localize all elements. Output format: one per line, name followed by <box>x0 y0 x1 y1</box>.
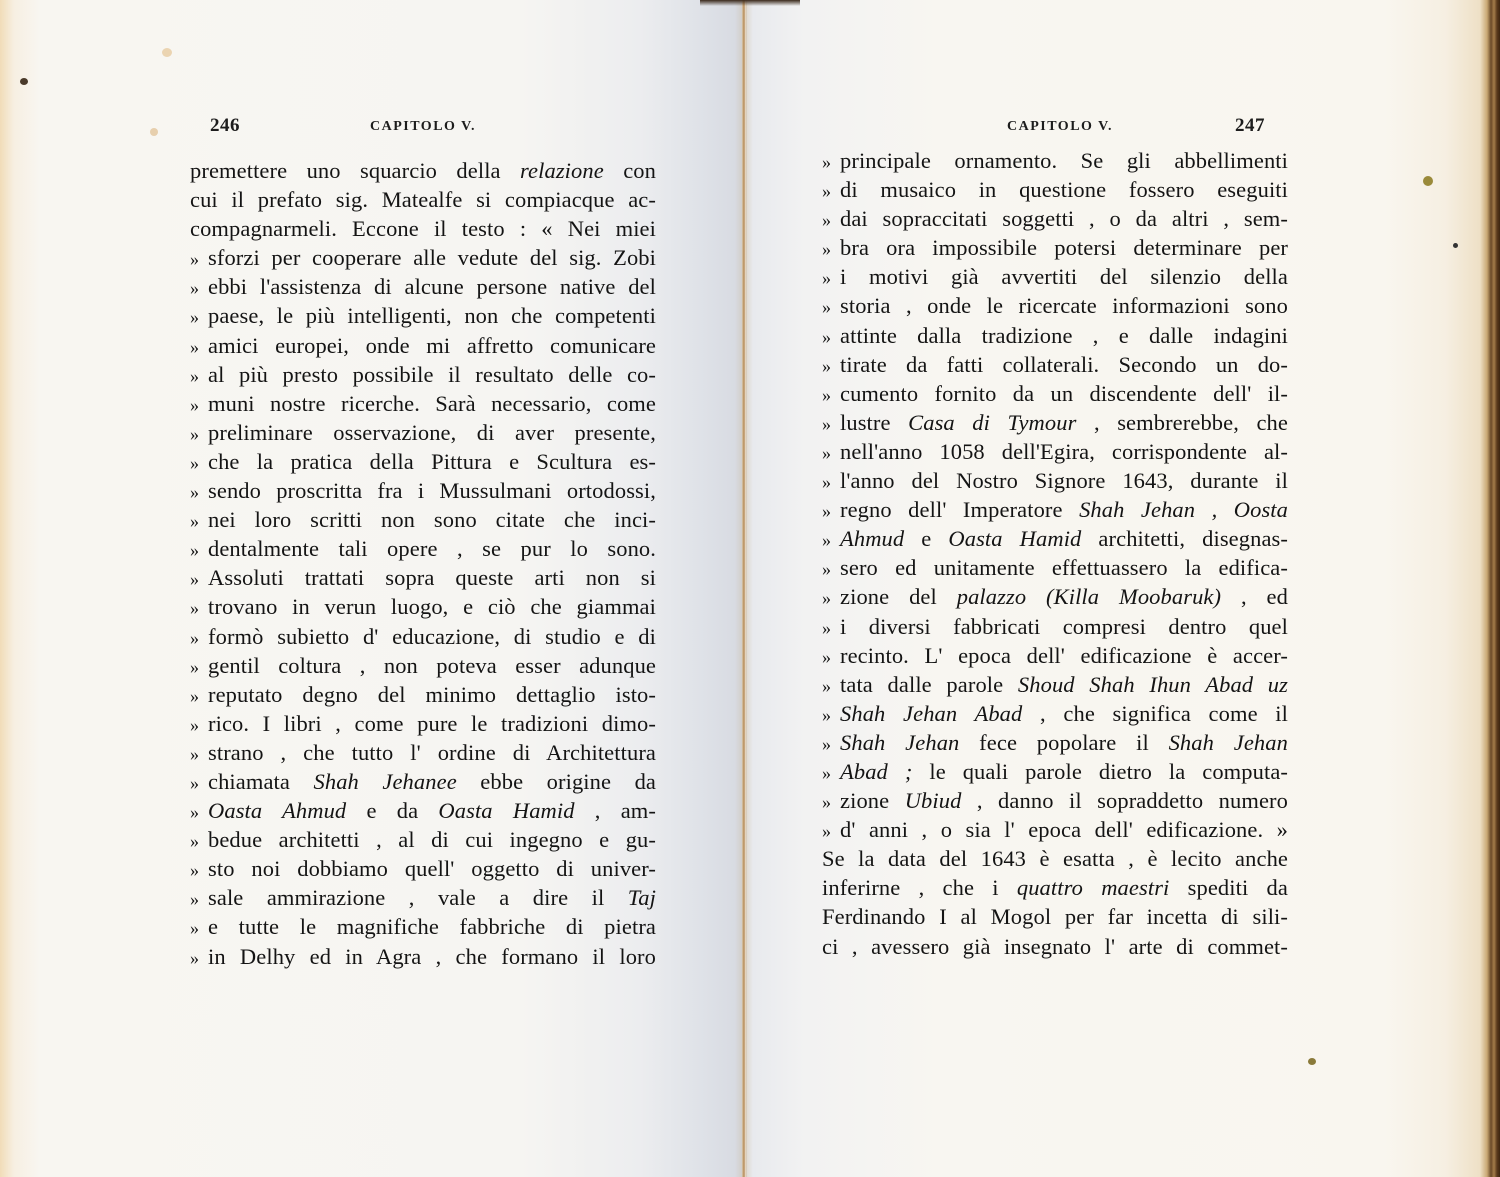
text-run: sale ammirazione , vale a dire il <box>208 885 628 910</box>
text-run: cumento fornito da un discendente dell' … <box>840 381 1288 406</box>
left-chapter-heading: CAPITOLO V. <box>370 119 476 135</box>
italic-text: Shah Jehan , Oosta <box>1079 497 1288 522</box>
quote-mark: » <box>822 352 840 381</box>
text-run: fece popolare il <box>959 730 1168 755</box>
quote-mark: » <box>190 594 208 623</box>
text-line: »preliminare osservazione, di aver prese… <box>190 418 656 447</box>
italic-text: Taj <box>628 885 656 910</box>
text-run: bra ora impossibile potersi determinare … <box>840 235 1288 260</box>
text-line: »sero ed unitamente effettuassero la edi… <box>822 553 1288 582</box>
text-run: sto noi dobbiamo quell' oggetto di unive… <box>208 856 656 881</box>
quote-mark: » <box>822 381 840 410</box>
quote-mark: » <box>190 391 208 420</box>
text-line: »storia , onde le ricercate informazioni… <box>822 291 1288 320</box>
text-run: principale ornamento. Se gli abbelliment… <box>840 148 1288 173</box>
foxing-spot <box>1308 1058 1316 1065</box>
text-line: »paese, le più intelligenti, non che com… <box>190 301 656 330</box>
italic-text: Oasta Hamid <box>438 798 574 823</box>
italic-text: Casa di Tymour <box>908 410 1076 435</box>
text-line: ci , avessero già insegnato l' arte di c… <box>822 932 1288 961</box>
text-run: ebbe origine da <box>457 769 656 794</box>
quote-mark: » <box>190 420 208 449</box>
text-run: , am- <box>575 798 656 823</box>
quote-mark: » <box>190 624 208 653</box>
italic-text: Ubiud <box>905 788 962 813</box>
text-run: e tutte le magnifiche fabbriche di pietr… <box>208 914 656 939</box>
text-run: che la pratica della Pittura e Scultura … <box>208 449 656 474</box>
right-page-number: 247 <box>1235 115 1265 137</box>
text-run: amici europei, onde mi affretto comunica… <box>208 333 656 358</box>
quote-mark: » <box>822 439 840 468</box>
right-chapter-heading: CAPITOLO V. <box>1007 119 1113 135</box>
quote-mark: » <box>822 206 840 235</box>
text-run: paese, le più intelligenti, non che comp… <box>208 303 656 328</box>
quote-mark: » <box>190 682 208 711</box>
quote-mark: » <box>190 245 208 274</box>
text-line: »cumento fornito da un discendente dell'… <box>822 379 1288 408</box>
italic-text: Ahmud <box>840 526 904 551</box>
text-line: »dai sopraccitati soggetti , o da altri … <box>822 204 1288 233</box>
text-line: »nell'anno 1058 dell'Egira, corrisponden… <box>822 437 1288 466</box>
right-page: CAPITOLO V. 247 »principale ornamento. S… <box>745 0 1500 1177</box>
quote-mark: » <box>190 885 208 914</box>
quote-mark: » <box>190 362 208 391</box>
text-line: »lustre Casa di Tymour , sembrerebbe, ch… <box>822 408 1288 437</box>
text-run: chiamata <box>208 769 314 794</box>
quote-mark: » <box>822 614 840 643</box>
quote-mark: » <box>822 643 840 672</box>
quote-mark: » <box>822 701 840 730</box>
text-run: nell'anno 1058 dell'Egira, corrispondent… <box>840 439 1288 464</box>
foxing-spot <box>1423 176 1433 186</box>
text-run: inferirne , che i <box>822 875 1017 900</box>
text-line: »tirate da fatti collaterali. Secondo un… <box>822 350 1288 379</box>
text-run: , ed <box>1221 584 1288 609</box>
quote-mark: » <box>822 526 840 555</box>
italic-text: relazione <box>520 158 604 183</box>
text-run: ebbi l'assistenza di alcune persone nati… <box>208 274 656 299</box>
text-run: i motivi già avvertiti del silenzio dell… <box>840 264 1288 289</box>
text-line: »sto noi dobbiamo quell' oggetto di univ… <box>190 854 656 883</box>
text-line: Ferdinando I al Mogol per far incetta di… <box>822 902 1288 931</box>
text-run: formò subietto d' educazione, di studio … <box>208 624 656 649</box>
text-run: tirate da fatti collaterali. Secondo un … <box>840 352 1288 377</box>
italic-text: palazzo (Killa Moobaruk) <box>957 584 1221 609</box>
text-line: »ebbi l'assistenza di alcune persone nat… <box>190 272 656 301</box>
open-book-spread: 246 CAPITOLO V. premettere uno squarcio … <box>0 0 1500 1177</box>
quote-mark: » <box>822 817 840 846</box>
text-run: architetti, disegnas- <box>1081 526 1288 551</box>
text-line: »Ahmud e Oasta Hamid architetti, disegna… <box>822 524 1288 553</box>
text-run: con <box>604 158 656 183</box>
text-run: recinto. L' epoca dell' edificazione è a… <box>840 643 1288 668</box>
italic-text: quattro maestri <box>1017 875 1170 900</box>
quote-mark: » <box>822 788 840 817</box>
quote-mark: » <box>190 740 208 769</box>
quote-mark: » <box>822 468 840 497</box>
text-line: »sale ammirazione , vale a dire il Taj <box>190 883 656 912</box>
text-run: Se la data del 1643 è esatta , è lecito … <box>822 846 1288 871</box>
text-run: preliminare osservazione, di aver presen… <box>208 420 656 445</box>
text-run: dai sopraccitati soggetti , o da altri ,… <box>840 206 1288 231</box>
text-run: rico. I libri , come pure le tradizioni … <box>208 711 656 736</box>
text-run: e <box>904 526 948 551</box>
text-run: , sembrerebbe, che <box>1076 410 1288 435</box>
quote-mark: » <box>822 323 840 352</box>
text-line: cui il prefato sig. Matealfe si compiacq… <box>190 185 656 214</box>
quote-mark: » <box>822 759 840 788</box>
text-line: »di musaico in questione fossero eseguit… <box>822 175 1288 204</box>
quote-mark: » <box>822 293 840 322</box>
text-line: »Oasta Ahmud e da Oasta Hamid , am- <box>190 796 656 825</box>
text-run: trovano in verun luogo, e ciò che giamma… <box>208 594 656 619</box>
quote-mark: » <box>822 672 840 701</box>
text-line: »amici europei, onde mi affretto comunic… <box>190 331 656 360</box>
quote-mark: » <box>190 478 208 507</box>
text-line: »i motivi già avvertiti del silenzio del… <box>822 262 1288 291</box>
text-line: »zione del palazzo (Killa Moobaruk) , ed <box>822 582 1288 611</box>
quote-mark: » <box>190 333 208 362</box>
quote-mark: » <box>190 711 208 740</box>
text-run: nei loro scritti non sono citate che inc… <box>208 507 656 532</box>
quote-mark: » <box>190 827 208 856</box>
text-run: Ferdinando I al Mogol per far incetta di… <box>822 904 1288 929</box>
right-page-body: »principale ornamento. Se gli abbellimen… <box>822 146 1288 961</box>
text-run: strano , che tutto l' ordine di Architet… <box>208 740 656 765</box>
foxing-spot <box>150 128 158 136</box>
ink-spot <box>1453 243 1458 248</box>
text-line: »strano , che tutto l' ordine di Archite… <box>190 738 656 767</box>
text-run: regno dell' Imperatore <box>840 497 1079 522</box>
text-run: storia , onde le ricercate informazioni … <box>840 293 1288 318</box>
quote-mark: » <box>190 944 208 973</box>
italic-text: Shah Jehanee <box>314 769 457 794</box>
quote-mark: » <box>190 565 208 594</box>
text-line: »trovano in verun luogo, e ciò che giamm… <box>190 592 656 621</box>
text-run: al più presto possibile il resultato del… <box>208 362 656 387</box>
quote-mark: » <box>190 653 208 682</box>
text-line: »sforzi per cooperare alle vedute del si… <box>190 243 656 272</box>
quote-mark: » <box>190 536 208 565</box>
text-run: e da <box>346 798 438 823</box>
text-line: »reputato degno del minimo dettaglio ist… <box>190 680 656 709</box>
text-line: »Assoluti trattati sopra queste arti non… <box>190 563 656 592</box>
quote-mark: » <box>190 507 208 536</box>
quote-mark: » <box>190 274 208 303</box>
text-run: d' anni , o sia l' epoca dell' edificazi… <box>840 817 1288 842</box>
ink-spot <box>20 78 28 85</box>
quote-mark: » <box>822 584 840 613</box>
text-line: »e tutte le magnifiche fabbriche di piet… <box>190 912 656 941</box>
text-line: »sendo proscritta fra i Mussulmani ortod… <box>190 476 656 505</box>
text-run: di musaico in questione fossero eseguiti <box>840 177 1288 202</box>
quote-mark: » <box>822 555 840 584</box>
text-run: sendo proscritta fra i Mussulmani ortodo… <box>208 478 656 503</box>
text-line: »gentil coltura , non poteva esser adunq… <box>190 651 656 680</box>
quote-mark: » <box>190 303 208 332</box>
text-line: »Shah Jehan Abad , che significa come il <box>822 699 1288 728</box>
text-run: in Delhy ed in Agra , che formano il lor… <box>208 944 656 969</box>
italic-text: Shah Jehan Abad <box>840 701 1022 726</box>
text-run: reputato degno del minimo dettaglio isto… <box>208 682 656 707</box>
italic-text: Shah Jehan <box>1169 730 1288 755</box>
text-run: i diversi fabbricati compresi dentro que… <box>840 614 1288 639</box>
italic-text: Abad ; <box>840 759 912 784</box>
left-page-body: premettere uno squarcio della relazione … <box>190 156 656 971</box>
text-line: »bedue architetti , al di cui ingegno e … <box>190 825 656 854</box>
text-line: »nei loro scritti non sono citate che in… <box>190 505 656 534</box>
text-run: Assoluti trattati sopra queste arti non … <box>208 565 656 590</box>
quote-mark: » <box>190 798 208 827</box>
italic-text: Oasta Hamid <box>948 526 1081 551</box>
text-run: compagnarmeli. Eccone il testo : « Nei m… <box>190 216 656 241</box>
text-run: sero ed unitamente effettuassero la edif… <box>840 555 1288 580</box>
foxing-spot <box>162 48 172 57</box>
quote-mark: » <box>822 177 840 206</box>
text-line: inferirne , che i quattro maestri spedit… <box>822 873 1288 902</box>
text-run: cui il prefato sig. Matealfe si compiacq… <box>190 187 656 212</box>
text-run: ci , avessero già insegnato l' arte di c… <box>822 934 1288 959</box>
text-line: »l'anno del Nostro Signore 1643, durante… <box>822 466 1288 495</box>
text-line: »muni nostre ricerche. Sarà necessario, … <box>190 389 656 418</box>
text-line: »rico. I libri , come pure le tradizioni… <box>190 709 656 738</box>
text-run: attinte dalla tradizione , e dalle indag… <box>840 323 1288 348</box>
text-line: »principale ornamento. Se gli abbellimen… <box>822 146 1288 175</box>
text-line: Se la data del 1643 è esatta , è lecito … <box>822 844 1288 873</box>
text-line: »dentalmente tali opere , se pur lo sono… <box>190 534 656 563</box>
text-run: bedue architetti , al di cui ingegno e g… <box>208 827 656 852</box>
binding-shadow <box>700 0 800 6</box>
text-line: »formò subietto d' educazione, di studio… <box>190 622 656 651</box>
text-run: premettere uno squarcio della <box>190 158 520 183</box>
quote-mark: » <box>822 264 840 293</box>
text-line: »zione Ubiud , danno il sopraddetto nume… <box>822 786 1288 815</box>
text-run: l'anno del Nostro Signore 1643, durante … <box>840 468 1288 493</box>
right-running-head: CAPITOLO V. 247 <box>1007 115 1277 141</box>
text-line: »i diversi fabbricati compresi dentro qu… <box>822 612 1288 641</box>
text-run: spediti da <box>1169 875 1288 900</box>
left-running-head: 246 CAPITOLO V. <box>210 115 480 141</box>
text-run: gentil coltura , non poteva esser adunqu… <box>208 653 656 678</box>
text-run: muni nostre ricerche. Sarà necessario, c… <box>208 391 656 416</box>
text-line: »Abad ; le quali parole dietro la comput… <box>822 757 1288 786</box>
text-line: »che la pratica della Pittura e Scultura… <box>190 447 656 476</box>
italic-text: Shah Jehan <box>840 730 959 755</box>
text-run: sforzi per cooperare alle vedute del sig… <box>208 245 656 270</box>
text-line: »recinto. L' epoca dell' edificazione è … <box>822 641 1288 670</box>
text-run: , che significa come il <box>1022 701 1288 726</box>
text-run: le quali parole dietro la computa- <box>912 759 1288 784</box>
text-run: dentalmente tali opere , se pur lo sono. <box>208 536 656 561</box>
text-run: zione del <box>840 584 957 609</box>
quote-mark: » <box>822 235 840 264</box>
left-page-number: 246 <box>210 115 240 137</box>
text-run: tata dalle parole <box>840 672 1018 697</box>
text-run: zione <box>840 788 905 813</box>
quote-mark: » <box>822 730 840 759</box>
text-line: premettere uno squarcio della relazione … <box>190 156 656 185</box>
text-line: »chiamata Shah Jehanee ebbe origine da <box>190 767 656 796</box>
book-spine-gutter <box>742 0 747 1177</box>
italic-text: Oasta Ahmud <box>208 798 346 823</box>
quote-mark: » <box>190 449 208 478</box>
text-line: »al più presto possibile il resultato de… <box>190 360 656 389</box>
quote-mark: » <box>190 856 208 885</box>
left-page: 246 CAPITOLO V. premettere uno squarcio … <box>0 0 745 1177</box>
text-line: compagnarmeli. Eccone il testo : « Nei m… <box>190 214 656 243</box>
quote-mark: » <box>822 410 840 439</box>
text-run: , danno il sopraddetto numero <box>961 788 1288 813</box>
text-line: »d' anni , o sia l' epoca dell' edificaz… <box>822 815 1288 844</box>
text-line: »in Delhy ed in Agra , che formano il lo… <box>190 942 656 971</box>
quote-mark: » <box>190 769 208 798</box>
text-run: lustre <box>840 410 908 435</box>
quote-mark: » <box>822 497 840 526</box>
text-line: »Shah Jehan fece popolare il Shah Jehan <box>822 728 1288 757</box>
text-line: »bra ora impossibile potersi determinare… <box>822 233 1288 262</box>
quote-mark: » <box>190 914 208 943</box>
text-line: »regno dell' Imperatore Shah Jehan , Oos… <box>822 495 1288 524</box>
quote-mark: » <box>822 148 840 177</box>
italic-text: Shoud Shah Ihun Abad uz <box>1018 672 1288 697</box>
text-line: »tata dalle parole Shoud Shah Ihun Abad … <box>822 670 1288 699</box>
text-line: »attinte dalla tradizione , e dalle inda… <box>822 321 1288 350</box>
